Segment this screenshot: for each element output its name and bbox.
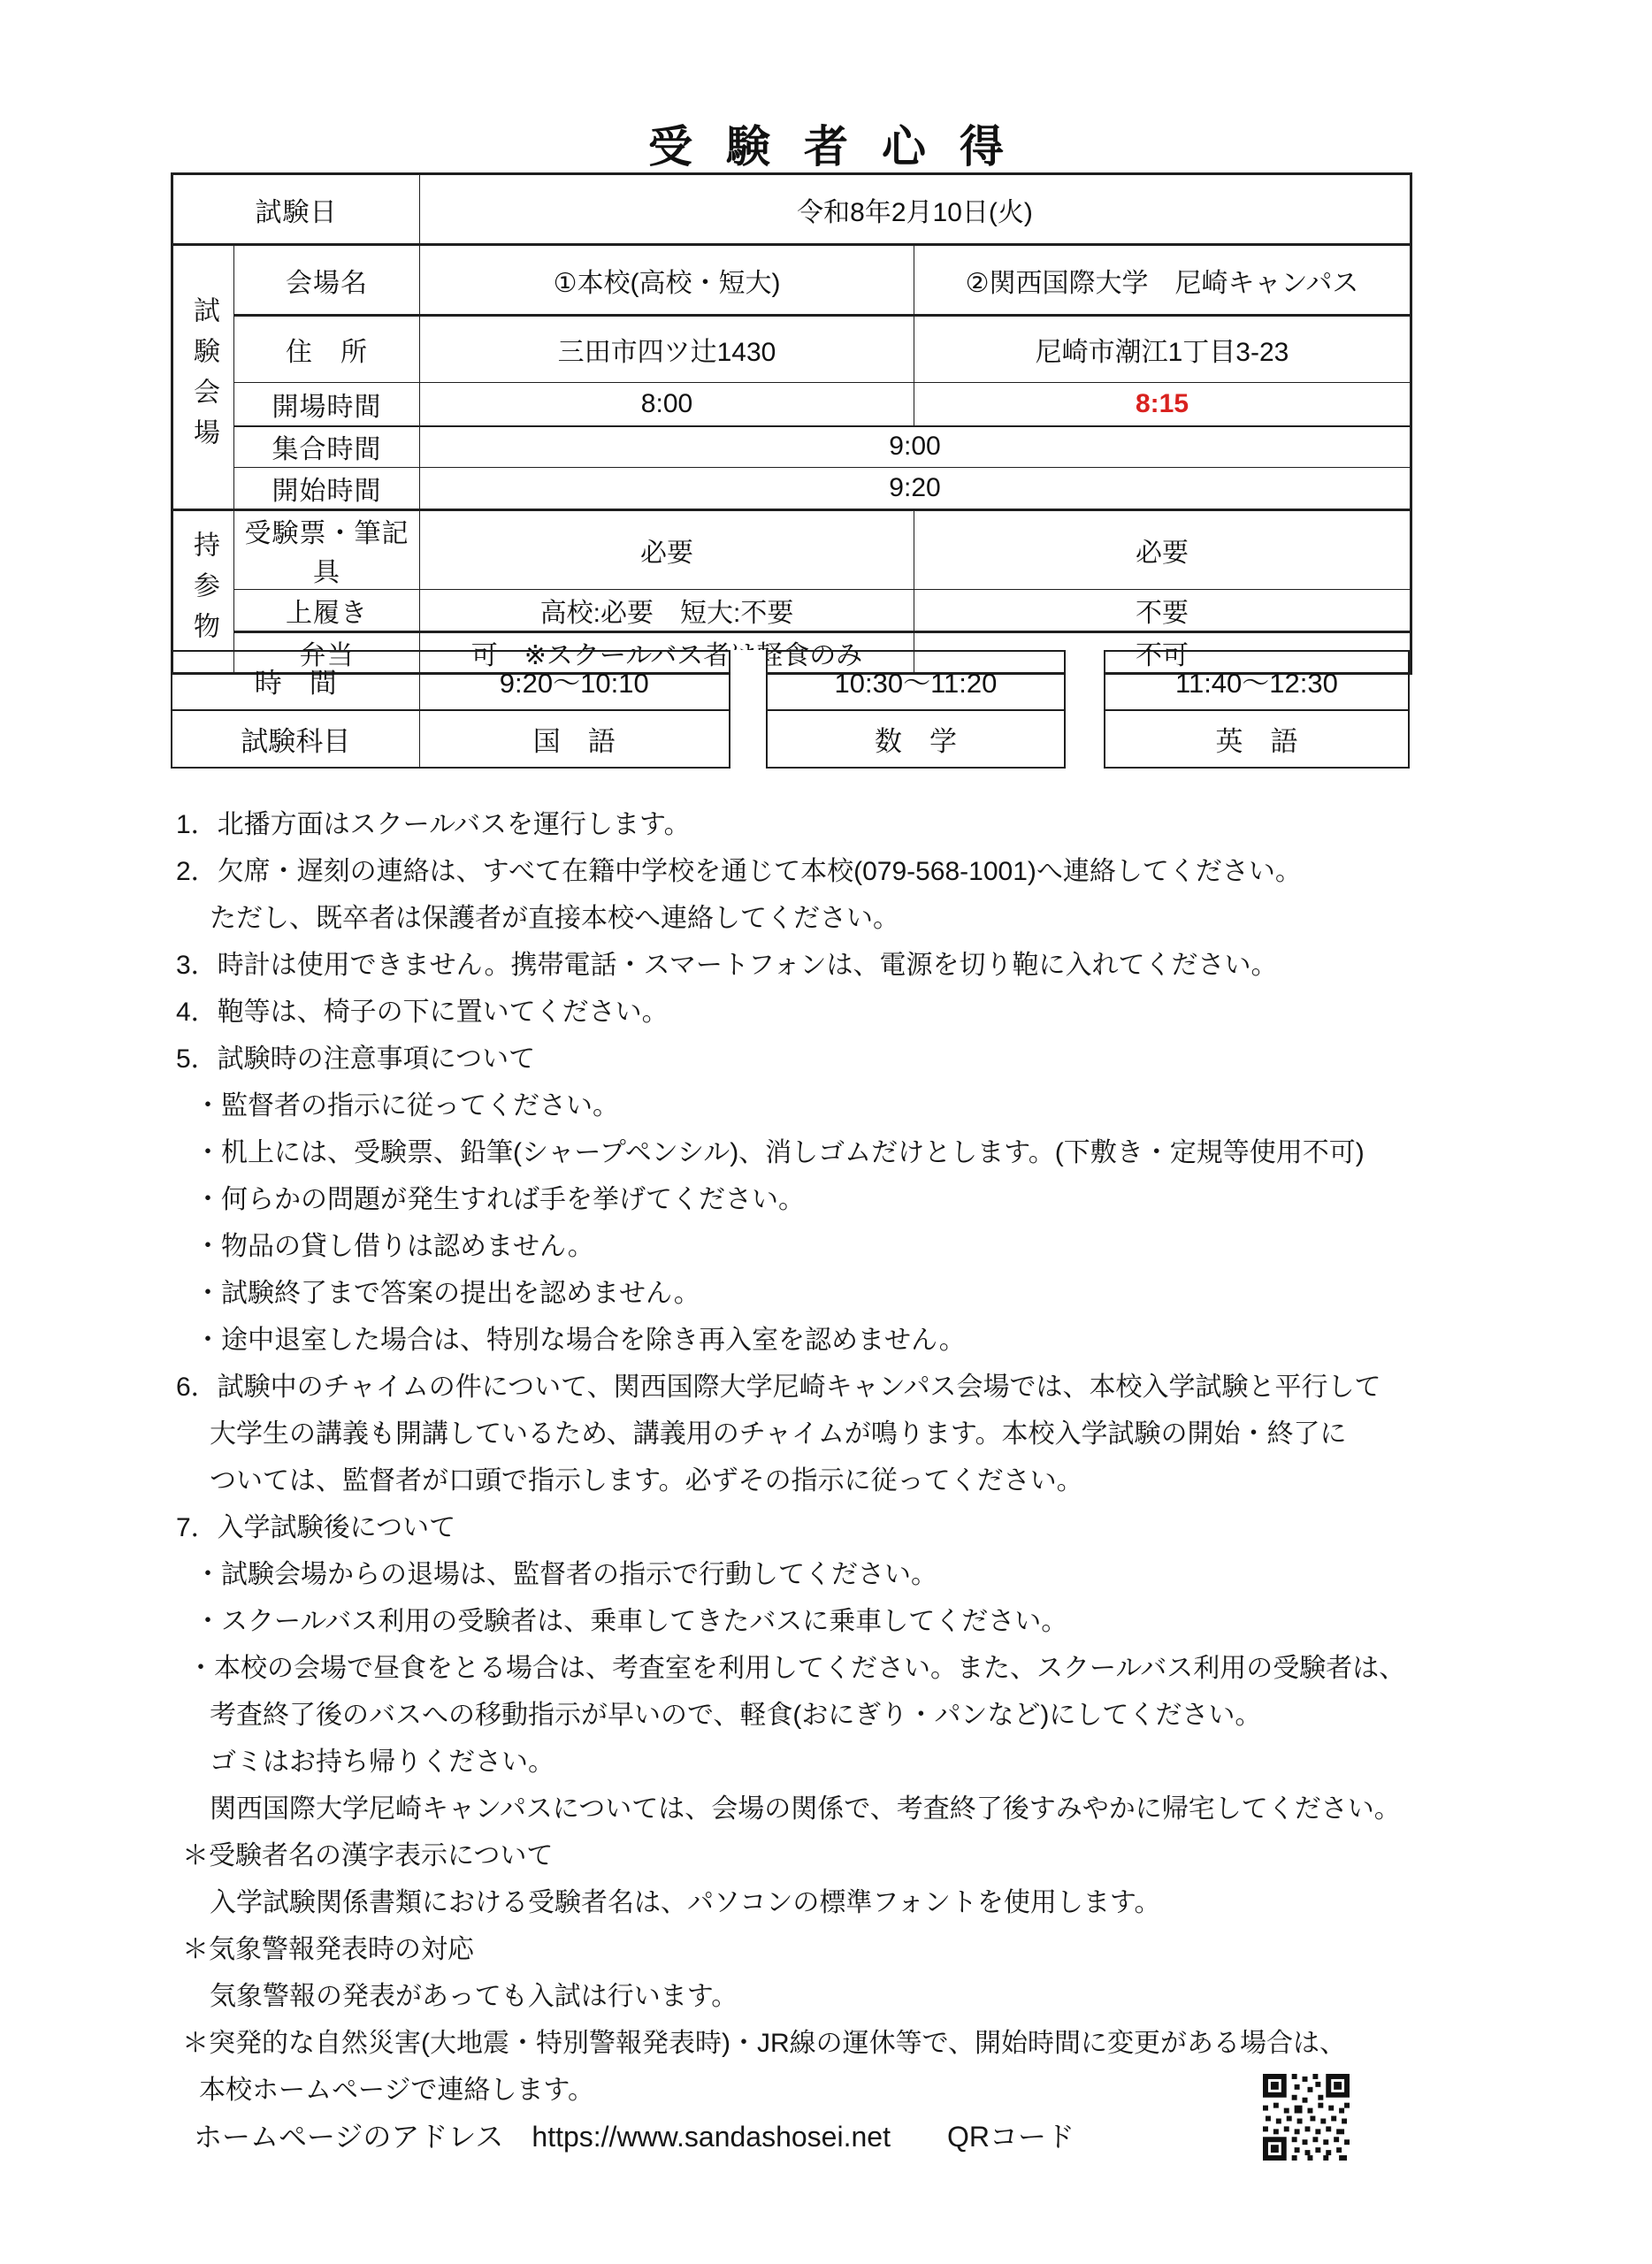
schedule-subject-label: 試験科目	[172, 710, 419, 768]
address-kansai: 尼崎市潮江1丁目3-23	[914, 316, 1411, 383]
assembly-time-value: 9:00	[420, 426, 1411, 468]
venue-name-honko: ①本校(高校・短大)	[420, 245, 914, 316]
exam-info-table: 試験日 令和8年2月10日(火) 試験会場 会場名 ①本校(高校・短大) ②関西…	[171, 172, 1412, 675]
scanned-exam-notice-page: { "title": "受験者心得", "colors": { "accent_…	[0, 0, 1652, 2264]
slippers-label: 上履き	[234, 590, 420, 632]
note-line: 気象警報の発表があっても入試は行います。	[0, 1973, 1652, 2020]
address-label: 住 所	[234, 316, 420, 383]
note-line: ただし、既卒者は保護者が直接本校へ連絡してください。	[0, 895, 1652, 942]
slot-3-time: 11:40～12:30	[1105, 651, 1409, 710]
assembly-time-label: 集合時間	[234, 426, 420, 468]
note-line: 3．時計は使用できません。携帯電話・スマートフォンは、電源を切り鞄に入れてくださ…	[0, 942, 1652, 989]
note-line: 1．北播方面はスクールバスを運行します。	[0, 801, 1652, 848]
qr-code	[1263, 2074, 1350, 2161]
schedule-gap	[730, 650, 766, 769]
note-line: ＊気象警報発表時の対応	[0, 1926, 1652, 1973]
doors-open-label: 開場時間	[234, 383, 420, 426]
note-line: ・本校の会場で昼食をとる場合は、考査室を利用してください。また、スクールバス利用…	[0, 1645, 1652, 1692]
page-title: 受験者心得	[0, 111, 1652, 175]
venue-name-kansai: ②関西国際大学 尼崎キャンパス	[914, 245, 1411, 316]
note-line: ＊突発的な自然災害(大地震・特別警報発表時)・JR線の運休等で、開始時間に変更が…	[0, 2020, 1652, 2067]
slot-2-subject: 数 学	[767, 710, 1065, 768]
slippers-kansai: 不要	[914, 590, 1411, 632]
doors-open-honko: 8:00	[420, 383, 914, 426]
venue-name-label: 会場名	[234, 245, 420, 316]
slot-1-time: 9:20～10:10	[419, 651, 730, 710]
note-line: 大学生の講義も開講しているため、講義用のチャイムが鳴ります。本校入学試験の開始・…	[0, 1411, 1652, 1457]
homepage-line: ホームページのアドレス https://www.sandashosei.net …	[0, 2114, 1652, 2161]
note-line: ・試験会場からの退場は、監督者の指示で行動してください。	[0, 1551, 1652, 1598]
note-line: 7．入学試験後について	[0, 1504, 1652, 1551]
start-time-label: 開始時間	[234, 468, 420, 510]
note-line: 関西国際大学尼崎キャンパスについては、会場の関係で、考査終了後すみやかに帰宅して…	[0, 1786, 1652, 1832]
note-line: ・何らかの問題が発生すれば手を挙げてください。	[0, 1176, 1652, 1223]
note-line: ・試験終了まで答案の提出を認めません。	[0, 1270, 1652, 1317]
note-line: 本校ホームページで連絡します。	[0, 2067, 1652, 2114]
schedule-table: 時 間 9:20～10:10 試験科目 国 語 10:30～11:20 数 学 …	[171, 650, 1410, 769]
note-line: ＊受験者名の漢字表示について	[0, 1832, 1652, 1879]
note-line: ・スクールバス利用の受験者は、乗車してきたバスに乗車してください。	[0, 1598, 1652, 1645]
note-line: 2．欠席・遅刻の連絡は、すべて在籍中学校を通じて本校(079-568-1001)…	[0, 848, 1652, 895]
ticket-honko: 必要	[420, 510, 914, 590]
schedule-box-sugaku: 10:30～11:20 数 学	[766, 650, 1066, 769]
note-line: 6．試験中のチャイムの件について、関西国際大学尼崎キャンパス会場では、本校入学試…	[0, 1364, 1652, 1411]
notes-list: 1．北播方面はスクールバスを運行します。2．欠席・遅刻の連絡は、すべて在籍中学校…	[0, 801, 1652, 2161]
items-group-header: 持参物	[172, 510, 234, 674]
exam-date-label: 試験日	[172, 174, 420, 245]
note-line: ・途中退室した場合は、特別な場合を除き再入室を認めません。	[0, 1317, 1652, 1364]
slippers-honko: 高校:必要 短大:不要	[420, 590, 914, 632]
address-honko: 三田市四ツ辻1430	[420, 316, 914, 383]
doors-open-kansai: 8:15	[914, 383, 1411, 426]
exam-date-value: 令和8年2月10日(火)	[420, 174, 1411, 245]
note-line: ・物品の貸し借りは認めません。	[0, 1223, 1652, 1270]
start-time-value: 9:20	[420, 468, 1411, 510]
schedule-box-eigo: 11:40～12:30 英 語	[1104, 650, 1410, 769]
note-line: 4．鞄等は、椅子の下に置いてください。	[0, 989, 1652, 1036]
note-line: ゴミはお持ち帰りください。	[0, 1739, 1652, 1786]
slot-3-subject: 英 語	[1105, 710, 1409, 768]
ticket-kansai: 必要	[914, 510, 1411, 590]
ticket-label: 受験票・筆記具	[234, 510, 420, 590]
note-line: 5．試験時の注意事項について	[0, 1036, 1652, 1082]
slot-2-time: 10:30～11:20	[767, 651, 1065, 710]
note-line: 入学試験関係書類における受験者名は、パソコンの標準フォントを使用します。	[0, 1879, 1652, 1926]
note-line: ・監督者の指示に従ってください。	[0, 1082, 1652, 1129]
note-line: ・机上には、受験票、鉛筆(シャープペンシル)、消しゴムだけとします。(下敷き・定…	[0, 1129, 1652, 1176]
schedule-box-kokugo: 時 間 9:20～10:10 試験科目 国 語	[171, 650, 730, 769]
schedule-gap	[1066, 650, 1104, 769]
slot-1-subject: 国 語	[419, 710, 730, 768]
venue-group-header: 試験会場	[172, 245, 234, 510]
schedule-time-label: 時 間	[172, 651, 419, 710]
note-line: ついては、監督者が口頭で指示します。必ずその指示に従ってください。	[0, 1457, 1652, 1504]
note-line: 考査終了後のバスへの移動指示が早いので、軽食(おにぎり・パンなど)にしてください…	[0, 1692, 1652, 1739]
